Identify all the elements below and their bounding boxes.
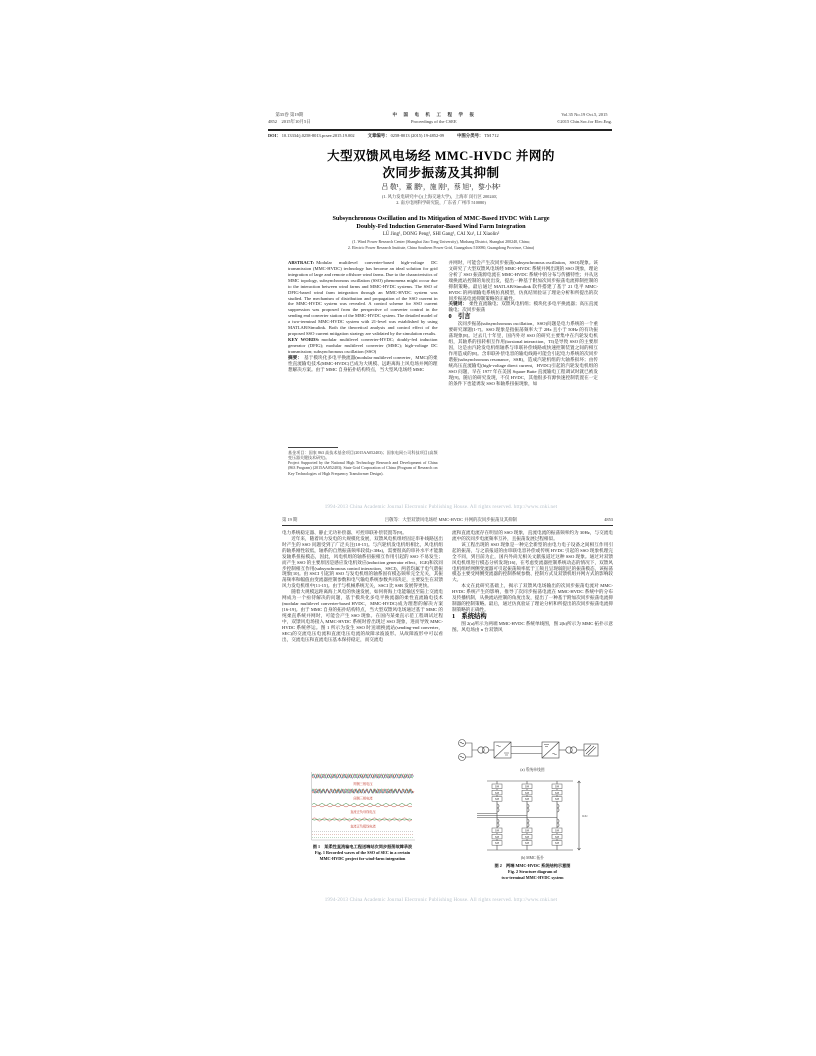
affiliation-en-line2: 2. Electric Power Research Institute, Ch… xyxy=(268,245,614,250)
svg-text:SM: SM xyxy=(554,829,559,833)
doi-line: DOI：10.13334/j.0258-8013.pcsee.2015.19.0… xyxy=(268,133,612,139)
section-1-paragraph: 图 2(a)所示为两端 MMC-HVDC 系统单线图，图 2(b)所示为 MMC… xyxy=(452,621,613,633)
figure-1: 网侧三相电压 阀侧三相电流 直流正负母线电压 直流正负极线电流 xyxy=(282,770,443,862)
fig1-trace-label-2: 阀侧三相电流 xyxy=(353,795,373,800)
paper-title-en-line1: Subsynchronous Oscillation and Its Mitig… xyxy=(268,215,614,222)
svg-text:SM: SM xyxy=(554,791,559,795)
svg-text:SM: SM xyxy=(494,841,499,845)
keywords-en: KEY WORDS:modular multilevel converter-H… xyxy=(288,337,438,355)
page1-body-columns: ABSTRACT:Modular multilevel converter-ba… xyxy=(288,260,598,476)
clc-item: 中图分类号：TM 712 xyxy=(457,133,499,139)
funding-footnote-zh: 基金项目：国家 863 高技术基金项目(2015AA052403)；国家电网公司… xyxy=(288,450,438,461)
figure-2a: (a) 系统单线图 xyxy=(452,732,613,773)
abstract-en: ABSTRACT:Modular multilevel converter-ba… xyxy=(288,260,438,337)
right-paragraph-1: 流和直流电流存在明显的 SSO 现象，直流电流的振荡频率约为 30Hz，与交流电… xyxy=(452,530,613,542)
svg-text:SM: SM xyxy=(494,835,499,839)
abstract-zh-part1: 摘要：基于模块化多电平换流器(modular multilevel conver… xyxy=(288,355,438,373)
document-canvas: 第35卷 第19期 4852 2015年10月5日 中 国 电 机 工 程 学 … xyxy=(0,0,816,1056)
fig1-trace-label-4: 直流正负极线电流 xyxy=(350,823,376,828)
page2-running-header: 第 19 期 吕敬等：大型双馈风电场经 MMC-HVDC 并网的次同步振荡及其抑… xyxy=(282,517,613,523)
figure-2a-single-line-diagram xyxy=(454,732,612,768)
svg-text:SM: SM xyxy=(524,841,529,845)
svg-text:SM: SM xyxy=(524,829,529,833)
svg-text:SM: SM xyxy=(554,785,559,789)
journal-vol-issue-zh: 第35卷 第19期 xyxy=(268,112,311,119)
paper-title-zh-line2: 次同步振荡及其抑制 xyxy=(268,163,614,181)
svg-text:SM: SM xyxy=(494,829,499,833)
fig1-trace-label-1: 网侧三相电压 xyxy=(353,781,373,786)
journal-name-en: Proceedings of the CSEE xyxy=(393,119,476,126)
paper-title-en-line2: Doubly-Fed Induction Generator-Based Win… xyxy=(268,223,614,230)
left-paragraph-3: 随着大规模远距离海上风电的快速发展，如何将海上电能输送至陆上交流电网成为一个亟待… xyxy=(282,589,443,642)
paper-page-2: 第 19 期 吕敬等：大型双馈风电场经 MMC-HVDC 并网的次同步振荡及其抑… xyxy=(268,514,614,908)
keywords-zh: 关键词：柔性直流输电；双馈风电机组；模块化多电平换流器；高压直流输电；次同步振荡 xyxy=(449,301,599,313)
journal-header-center: 中 国 电 机 工 程 学 报 Proceedings of the CSEE xyxy=(393,112,476,126)
section-1-heading: 1 系统结构 xyxy=(452,613,613,621)
lower-arm-phase-b: SMSMSM xyxy=(522,828,532,845)
upper-arm-phase-b: SMSMSM xyxy=(522,784,532,801)
left-paragraph-2: 近年来，随着风力发电的大规模化发展，双馈风电机组经固定串补线路送出时产生的 SS… xyxy=(282,536,443,589)
authors-zh: 吕 敬¹，董 鹏¹，施 刚¹，蔡 旭¹，黎小林² xyxy=(268,181,614,191)
journal-header: 第35卷 第19期 4852 2015年10月5日 中 国 电 机 工 程 学 … xyxy=(268,112,612,126)
figure-1-waveform-plot: 网侧三相电压 阀侧三相电流 直流正负母线电压 直流正负极线电流 xyxy=(308,770,418,844)
running-header-title: 吕敬等：大型双馈风电场经 MMC-HVDC 并网的次同步振荡及其抑制 xyxy=(385,517,517,523)
running-header-page-number: 4853 xyxy=(604,517,613,523)
svg-text:SM: SM xyxy=(524,785,529,789)
page2-body-columns: 电力系统稳定器、静止无功补偿器、可控串联补偿装置等[9]。 近年来，随着风力发电… xyxy=(282,530,613,908)
svg-text:SM: SM xyxy=(524,797,529,801)
running-header-divider xyxy=(282,525,613,526)
right-paragraph-2: 该工程出现的 SSO 现象是一种完全新型的由电力电子设备之间相互作用引起的振荡，… xyxy=(452,542,613,583)
svg-text:SM: SM xyxy=(524,835,529,839)
page1-right-column: 并网时，可能会产生次同步振荡(subsynchronous oscillatio… xyxy=(449,260,599,476)
journal-header-left: 第35卷 第19期 4852 2015年10月5日 xyxy=(268,112,311,126)
svg-text:SM: SM xyxy=(554,797,559,801)
article-number-item: 文章编号：0258-8013 (2015) 19-4852-09 xyxy=(368,133,444,139)
journal-header-right: Vol.35 No.19 Oct.5, 2015 ©2015 Chin.Soc.… xyxy=(557,112,612,126)
figure-1-caption-en-line2: MMC-HVDC project for wind-farm integrati… xyxy=(282,856,443,862)
page2-left-column: 电力系统稳定器、静止无功补偿器、可控串联补偿装置等[9]。 近年来，随着风力发电… xyxy=(282,530,443,908)
cnki-watermark-page1: 1994-2013 China Academic Journal Electro… xyxy=(268,505,614,510)
figure-2a-sublabel: (a) 系统单线图 xyxy=(452,768,613,773)
upper-arm-phase-c: SMSMSM xyxy=(552,784,562,801)
footnote-divider xyxy=(288,447,338,448)
fig1-trace-label-3: 直流正负母线电压 xyxy=(350,809,376,814)
journal-page-date-zh: 4852 2015年10月5日 xyxy=(268,119,311,126)
lower-arm-phase-c: SMSMSM xyxy=(552,828,562,845)
journal-copyright-en: ©2015 Chin.Soc.for Elec.Eng. xyxy=(557,119,612,126)
journal-vol-issue-en: Vol.35 No.19 Oct.5, 2015 xyxy=(557,112,612,119)
journal-name-zh: 中 国 电 机 工 程 学 报 xyxy=(393,112,476,119)
funding-footnote-en: Project Supported by the National High T… xyxy=(288,460,438,476)
header-divider xyxy=(268,129,612,131)
udc-label: Udc xyxy=(582,814,588,818)
figure-2b-sublabel: (b) MMC 拓扑 xyxy=(452,856,613,861)
figure-2b-mmc-topology: SMSMSM SMSMSM SMSMSM SMSMSM SMSMSM SMSMS… xyxy=(473,778,593,856)
funding-footnote: 基金项目：国家 863 高技术基金项目(2015AA052403)；国家电网公司… xyxy=(288,447,438,476)
svg-text:SM: SM xyxy=(554,841,559,845)
running-header-issue: 第 19 期 xyxy=(282,517,297,523)
paper-page-1: 第35卷 第19期 4852 2015年10月5日 中 国 电 机 工 程 学 … xyxy=(268,112,614,512)
doi-item: DOI：10.13334/j.0258-8013.pcsee.2015.19.0… xyxy=(268,133,355,139)
intro-paragraph: 次同步振荡(subsynchronous oscillation，SSO)问题是… xyxy=(449,321,599,386)
svg-text:SM: SM xyxy=(494,785,499,789)
page1-left-column: ABSTRACT:Modular multilevel converter-ba… xyxy=(288,260,438,476)
abstract-zh-part2: 并网时，可能会产生次同步振荡(subsynchronous oscillatio… xyxy=(449,260,599,301)
paper-title-zh-line1: 大型双馈风电场经 MMC-HVDC 并网的 xyxy=(268,146,614,164)
page2-right-column: 流和直流电流存在明显的 SSO 现象，直流电流的振荡频率约为 30Hz，与交流电… xyxy=(452,530,613,908)
affiliation-en-line1: (1. Wind Power Research Center (Shanghai… xyxy=(268,239,614,244)
upper-arm-phase-a: SMSMSM xyxy=(492,784,502,801)
figure-2-caption-en-line2: two-terminal MMC-HVDC system xyxy=(452,875,613,881)
svg-text:SM: SM xyxy=(524,791,529,795)
right-paragraph-3: 本文在此研究基础上，揭示了双馈风电场输出的次同步振荡电流对 MMC-HVDC 系… xyxy=(452,583,613,613)
cnki-watermark-page2: 1994-2013 China Academic Journal Electro… xyxy=(268,898,614,903)
lower-arm-phase-a: SMSMSM xyxy=(492,828,502,845)
figure-2b: SMSMSM SMSMSM SMSMSM SMSMSM SMSMSM SMSMS… xyxy=(452,778,613,881)
svg-text:SM: SM xyxy=(494,791,499,795)
svg-text:SM: SM xyxy=(494,797,499,801)
authors-en: LÜ Jing¹, DONG Peng¹, SHI Gang¹, CAI Xu¹… xyxy=(268,232,614,237)
affiliation-zh-line2: 2. 南方电网科学研究院，广东省 广州市 510080) xyxy=(268,200,614,206)
svg-text:SM: SM xyxy=(554,835,559,839)
